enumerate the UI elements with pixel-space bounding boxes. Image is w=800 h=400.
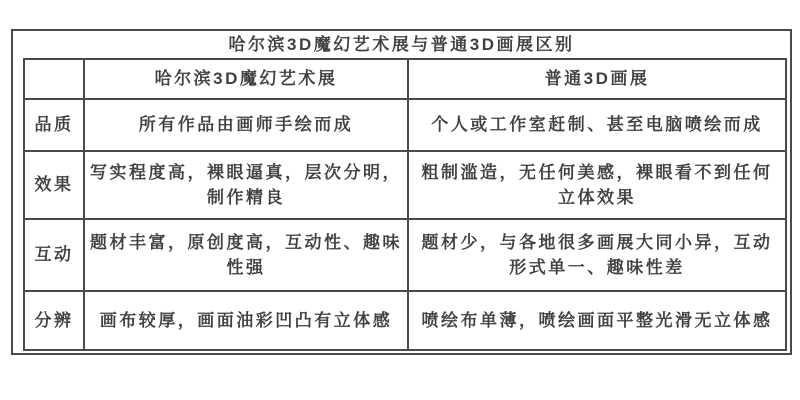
table-row: 品质 所有作品由画师手绘而成 个人或工作室赶制、甚至电脑喷绘而成	[24, 99, 786, 151]
ordinary-cell: 题材少，与各地很多画展大同小异，互动形式单一、趣味性差	[408, 219, 786, 291]
row-label: 互动	[24, 219, 84, 291]
table-title: 哈尔滨3D魔幻艺术展与普通3D画展区别	[13, 31, 790, 58]
row-label: 品质	[24, 99, 84, 151]
table-row: 分辨 画布较厚，画面油彩凹凸有立体感 喷绘布单薄，喷绘画面平整光滑无立体感	[24, 291, 786, 350]
page: 哈尔滨3D魔幻艺术展与普通3D画展区别 哈尔滨3D魔幻艺术展 普通3D画展 品质…	[0, 0, 800, 400]
harbin-cell: 所有作品由画师手绘而成	[84, 99, 408, 151]
header-row: 哈尔滨3D魔幻艺术展 普通3D画展	[24, 59, 786, 99]
row-label: 分辨	[24, 291, 84, 350]
column-header-ordinary: 普通3D画展	[408, 59, 786, 99]
ordinary-cell: 个人或工作室赶制、甚至电脑喷绘而成	[408, 99, 786, 151]
harbin-cell: 画布较厚，画面油彩凹凸有立体感	[84, 291, 408, 350]
ordinary-cell: 喷绘布单薄，喷绘画面平整光滑无立体感	[408, 291, 786, 350]
row-label: 效果	[24, 151, 84, 219]
corner-cell	[24, 59, 84, 99]
harbin-cell: 题材丰富，原创度高，互动性、趣味性强	[84, 219, 408, 291]
column-header-harbin: 哈尔滨3D魔幻艺术展	[84, 59, 408, 99]
comparison-table: 哈尔滨3D魔幻艺术展 普通3D画展 品质 所有作品由画师手绘而成 个人或工作室赶…	[23, 58, 787, 351]
harbin-cell: 写实程度高，裸眼逼真，层次分明，制作精良	[84, 151, 408, 219]
ordinary-cell: 粗制滥造，无任何美感，裸眼看不到任何立体效果	[408, 151, 786, 219]
table-row: 互动 题材丰富，原创度高，互动性、趣味性强 题材少，与各地很多画展大同小异，互动…	[24, 219, 786, 291]
table-row: 效果 写实程度高，裸眼逼真，层次分明，制作精良 粗制滥造，无任何美感，裸眼看不到…	[24, 151, 786, 219]
comparison-table-box: 哈尔滨3D魔幻艺术展与普通3D画展区别 哈尔滨3D魔幻艺术展 普通3D画展 品质…	[11, 29, 792, 355]
